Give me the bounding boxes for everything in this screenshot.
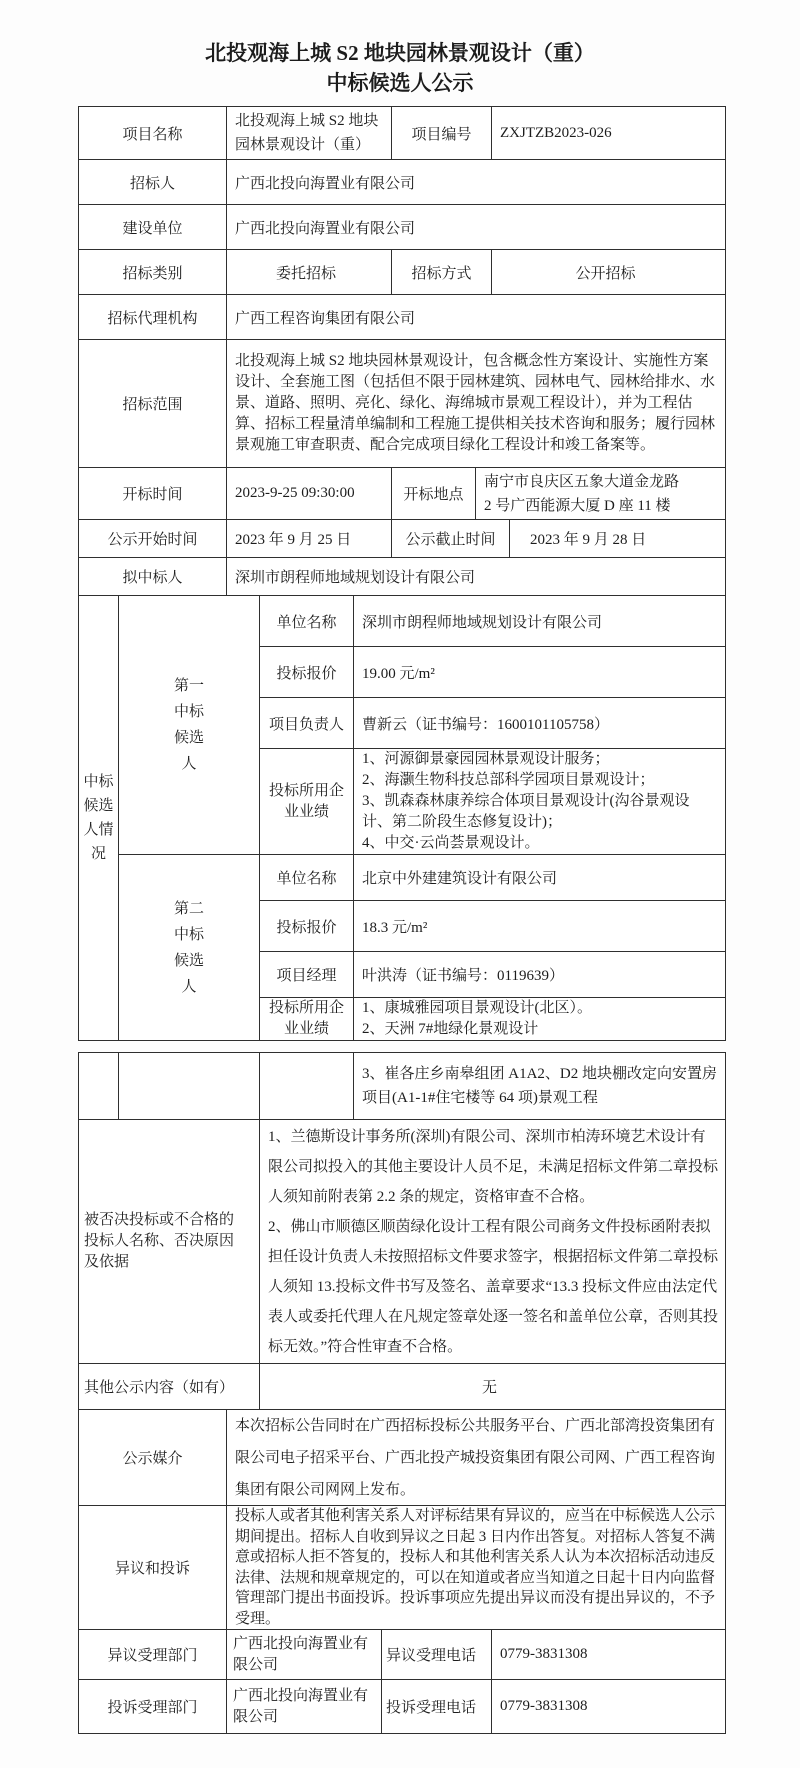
label-tenderer: 招标人: [79, 160, 226, 204]
candidate-1-leader-row: 项目负责人 曹新云（证书编号：1600101105758）: [259, 697, 725, 748]
label-publicity-media: 公示媒介: [79, 1410, 226, 1505]
value-complaint-phone: 0779-3831308: [491, 1680, 725, 1733]
label-bid-opening-place: 开标地点: [391, 468, 475, 519]
label-project-name: 项目名称: [79, 107, 226, 159]
value-unit-name: 深圳市朗程师地域规划设计有限公司: [353, 596, 725, 646]
value-project-manager: 叶洪涛（证书编号：0119639）: [353, 952, 725, 997]
label-candidate-2: 第二 中标 候选 人: [118, 855, 259, 1040]
label-bid-opening-time: 开标时间: [79, 468, 226, 519]
row-publicity-period: 公示开始时间 2023 年 9 月 25 日 公示截止时间 2023 年 9 月…: [79, 519, 725, 557]
announcement-page: { "title": { "line1": "北投观海上城 S2 地块园林景观设…: [0, 0, 800, 1768]
label-candidates-situation: 中标候选人情况: [79, 596, 118, 1040]
label-other-content: 其他公示内容（如有）: [79, 1364, 259, 1409]
title-line-1: 北投观海上城 S2 地块园林景观设计（重）: [0, 38, 800, 68]
value-tender-agency: 广西工程咨询集团有限公司: [226, 295, 725, 339]
row-project-name: 项目名称 北投观海上城 S2 地块园林景观设计（重） 项目编号 ZXJTZB20…: [79, 107, 725, 159]
candidate-1-price-row: 投标报价 19.00 元/m²: [259, 646, 725, 697]
empty-cell: [259, 1053, 353, 1119]
row-complaint-department: 投诉受理部门 广西北投向海置业有限公司 投诉受理电话 0779-3831308: [79, 1679, 725, 1733]
value-bid-price: 18.3 元/m²: [353, 901, 725, 951]
row-tender-category: 招标类别 委托招标 招标方式 公开招标: [79, 249, 725, 294]
row-tender-agency: 招标代理机构 广西工程咨询集团有限公司: [79, 294, 725, 339]
label-project-number: 项目编号: [391, 107, 491, 159]
value-objection-department: 广西北投向海置业有限公司: [226, 1630, 381, 1679]
label-tender-method: 招标方式: [391, 250, 491, 294]
empty-cell: [118, 1053, 259, 1119]
label-project-manager: 项目经理: [259, 952, 353, 997]
candidate-1-performance-row: 投标所用企业业绩 1、河源御景豪园园林景观设计服务； 2、海灏生物科技总部科学园…: [259, 748, 725, 854]
candidate-1-group: 第一 中标 候选 人 单位名称 深圳市朗程师地域规划设计有限公司 投标报价 19…: [118, 596, 725, 854]
main-table: 项目名称 北投观海上城 S2 地块园林景观设计（重） 项目编号 ZXJTZB20…: [78, 106, 726, 1041]
label-publicity-start: 公示开始时间: [79, 520, 226, 557]
value-bid-opening-place: 南宁市良庆区五象大道金龙路 2 号广西能源大厦 D 座 11 楼: [475, 468, 725, 519]
row-objection-department: 异议受理部门 广西北投向海置业有限公司 异议受理电话 0779-3831308: [79, 1629, 725, 1679]
value-publicity-end: 2023 年 9 月 28 日: [509, 520, 725, 557]
row-publicity-media: 公示媒介 本次招标公告同时在广西招标投标公共服务平台、广西北部湾投资集团有限公司…: [79, 1409, 725, 1505]
value-project-leader: 曹新云（证书编号：1600101105758）: [353, 698, 725, 748]
label-tender-agency: 招标代理机构: [79, 295, 226, 339]
value-enterprise-performance: 1、河源御景豪园园林景观设计服务； 2、海灏生物科技总部科学园项目景观设计； 3…: [353, 749, 725, 854]
value-publicity-start: 2023 年 9 月 25 日: [226, 520, 391, 557]
value-construction-unit: 广西北投向海置业有限公司: [226, 205, 725, 249]
value-complaint-department: 广西北投向海置业有限公司: [226, 1680, 381, 1733]
value-bid-price: 19.00 元/m²: [353, 647, 725, 697]
candidate-2-rows: 单位名称 北京中外建建筑设计有限公司 投标报价 18.3 元/m² 项目经理 叶…: [259, 855, 725, 1040]
value-project-number: ZXJTZB2023-026: [491, 107, 725, 159]
label-objection-department: 异议受理部门: [79, 1630, 226, 1679]
label-enterprise-performance: 投标所用企业业绩: [259, 749, 353, 854]
row-tender-scope: 招标范围 北投观海上城 S2 地块园林景观设计，包含概念性方案设计、实施性方案设…: [79, 339, 725, 467]
label-tender-scope: 招标范围: [79, 340, 226, 467]
row-construction-unit: 建设单位 广西北投向海置业有限公司: [79, 204, 725, 249]
label-complaint-department: 投诉受理部门: [79, 1680, 226, 1733]
value-proposed-winner: 深圳市朗程师地域规划设计有限公司: [226, 558, 725, 595]
value-objection-complaint: 投标人或者其他利害关系人对评标结果有异议的，应当在中标候选人公示期间提出。招标人…: [226, 1506, 725, 1629]
candidate-2-unit-row: 单位名称 北京中外建建筑设计有限公司: [259, 855, 725, 900]
row-other-content: 其他公示内容（如有） 无: [79, 1363, 725, 1409]
document-title: 北投观海上城 S2 地块园林景观设计（重） 中标候选人公示: [0, 0, 800, 98]
candidate-2-performance-row: 投标所用企业业绩 1、康城雅园项目景观设计(北区）。 2、天洲 7#地绿化景观设…: [259, 997, 725, 1040]
label-unit-name: 单位名称: [259, 855, 353, 900]
empty-cell: [79, 1053, 118, 1119]
value-bid-opening-time: 2023-9-25 09:30:00: [226, 468, 391, 519]
label-complaint-phone: 投诉受理电话: [381, 1680, 491, 1733]
candidates-block: 中标候选人情况 第一 中标 候选 人 单位名称 深圳市朗程师地域规划设计有限公司…: [79, 595, 725, 1040]
value-enterprise-performance: 1、康城雅园项目景观设计(北区）。 2、天洲 7#地绿化景观设计: [353, 998, 725, 1040]
row-proposed-winner: 拟中标人 深圳市朗程师地域规划设计有限公司: [79, 557, 725, 595]
label-project-leader: 项目负责人: [259, 698, 353, 748]
candidate-1-unit-row: 单位名称 深圳市朗程师地域规划设计有限公司: [259, 596, 725, 646]
label-publicity-end: 公示截止时间: [391, 520, 509, 557]
secondary-table: 3、崔各庄乡南皋组团 A1A2、D2 地块棚改定向安置房项目(A1-1#住宅楼等…: [78, 1052, 726, 1734]
value-project-name: 北投观海上城 S2 地块园林景观设计（重）: [226, 107, 391, 159]
label-bid-price: 投标报价: [259, 647, 353, 697]
candidate-2-manager-row: 项目经理 叶洪涛（证书编号：0119639）: [259, 951, 725, 997]
label-proposed-winner: 拟中标人: [79, 558, 226, 595]
row-objection-complaint: 异议和投诉 投标人或者其他利害关系人对评标结果有异议的，应当在中标候选人公示期间…: [79, 1505, 725, 1629]
label-unit-name: 单位名称: [259, 596, 353, 646]
value-publicity-media: 本次招标公告同时在广西招标投标公共服务平台、广西北部湾投资集团有限公司电子招采平…: [226, 1410, 725, 1505]
value-tender-scope: 北投观海上城 S2 地块园林景观设计，包含概念性方案设计、实施性方案设计、全套施…: [226, 340, 725, 467]
label-candidate-1: 第一 中标 候选 人: [118, 596, 259, 854]
value-performance-continuation: 3、崔各庄乡南皋组团 A1A2、D2 地块棚改定向安置房项目(A1-1#住宅楼等…: [353, 1053, 725, 1119]
value-rejected-bidders: 1、兰德斯设计事务所(深圳)有限公司、深圳市柏涛环境艺术设计有限公司拟投入的其他…: [259, 1120, 725, 1363]
value-objection-phone: 0779-3831308: [491, 1630, 725, 1679]
label-objection-complaint: 异议和投诉: [79, 1506, 226, 1629]
value-tender-category: 委托招标: [226, 250, 391, 294]
value-tenderer: 广西北投向海置业有限公司: [226, 160, 725, 204]
label-bid-price: 投标报价: [259, 901, 353, 951]
label-enterprise-performance: 投标所用企业业绩: [259, 998, 353, 1040]
row-performance-continuation: 3、崔各庄乡南皋组团 A1A2、D2 地块棚改定向安置房项目(A1-1#住宅楼等…: [79, 1053, 725, 1119]
title-line-2: 中标候选人公示: [0, 68, 800, 98]
candidate-2-price-row: 投标报价 18.3 元/m²: [259, 900, 725, 951]
value-unit-name: 北京中外建建筑设计有限公司: [353, 855, 725, 900]
value-other-content: 无: [259, 1364, 725, 1409]
candidate-2-group: 第二 中标 候选 人 单位名称 北京中外建建筑设计有限公司 投标报价 18.3 …: [118, 854, 725, 1040]
label-rejected-bidders: 被否决投标或不合格的投标人名称、否决原因及依据: [79, 1120, 259, 1363]
label-objection-phone: 异议受理电话: [381, 1630, 491, 1679]
label-tender-category: 招标类别: [79, 250, 226, 294]
row-bid-opening: 开标时间 2023-9-25 09:30:00 开标地点 南宁市良庆区五象大道金…: [79, 467, 725, 519]
value-tender-method: 公开招标: [491, 250, 725, 294]
row-rejected-bidders: 被否决投标或不合格的投标人名称、否决原因及依据 1、兰德斯设计事务所(深圳)有限…: [79, 1119, 725, 1363]
candidate-1-rows: 单位名称 深圳市朗程师地域规划设计有限公司 投标报价 19.00 元/m² 项目…: [259, 596, 725, 854]
label-construction-unit: 建设单位: [79, 205, 226, 249]
candidates-groups: 第一 中标 候选 人 单位名称 深圳市朗程师地域规划设计有限公司 投标报价 19…: [118, 596, 725, 1040]
row-tenderer: 招标人 广西北投向海置业有限公司: [79, 159, 725, 204]
